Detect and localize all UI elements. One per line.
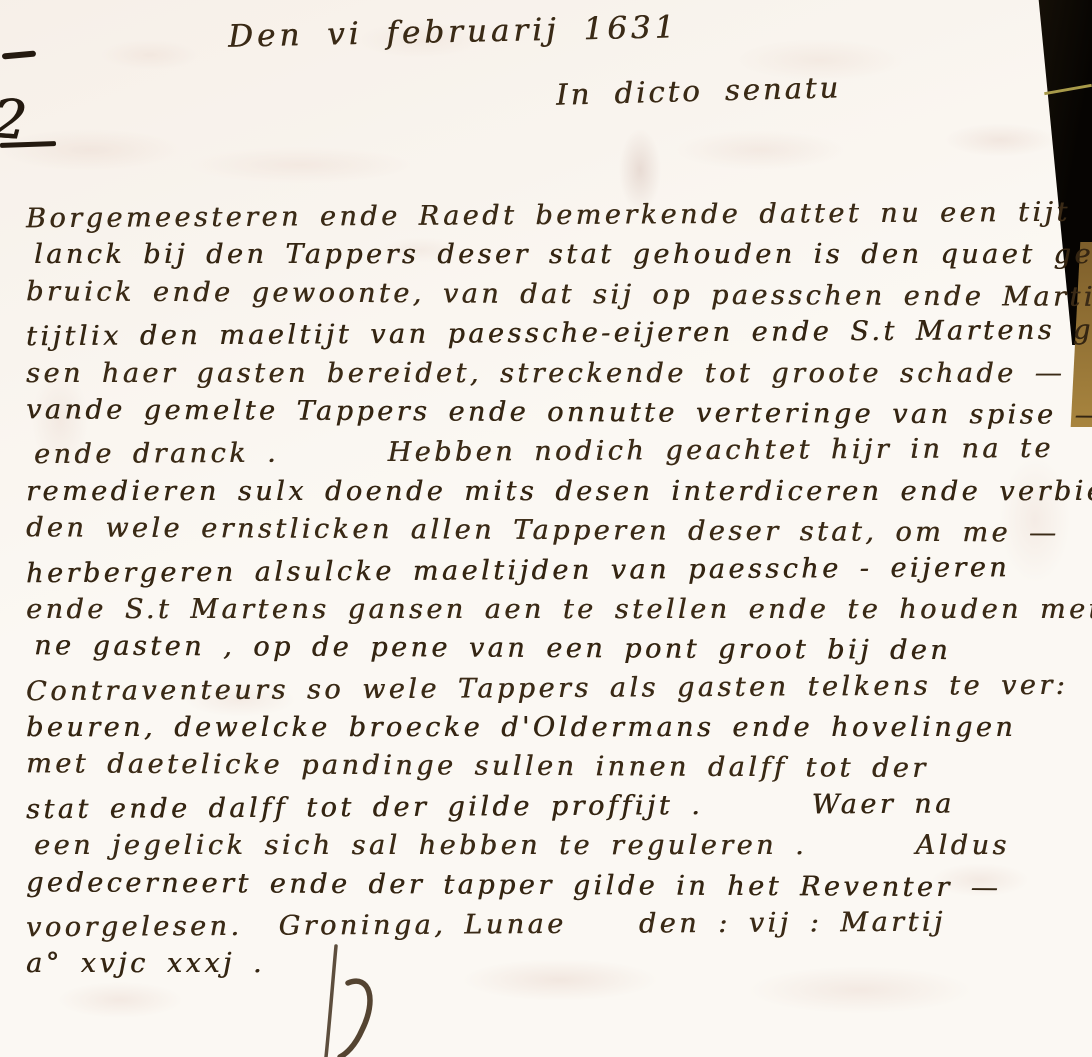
manuscript-text-line: met daetelicke pandinge sullen innen dal… — [26, 745, 1074, 790]
date-line: Den vi februarij 1631 — [228, 9, 679, 54]
session-line: In dicto senatu — [556, 70, 842, 111]
margin-dash-mark — [2, 51, 36, 60]
manuscript-text-line: tijtlix den maeltijt van paessche-eijere… — [26, 311, 1074, 357]
manuscript-text-line: stat ende dalff tot der gilde proffijt .… — [26, 784, 1074, 830]
manuscript-text-line: een jegelick sich sal hebben te regulere… — [26, 826, 1074, 865]
manuscript-text-line: Borgemeesteren ende Raedt bemerkende dat… — [26, 193, 1074, 239]
manuscript-text-line: den wele ernstlicken allen Tapperen dese… — [26, 508, 1074, 553]
manuscript-text-line: beuren, dewelcke broecke d'Oldermans end… — [26, 708, 1074, 747]
manuscript-text-line: ende dranck . Hebben nodich geachtet hij… — [26, 429, 1074, 475]
manuscript-page: 2 Den vi februarij 1631 In dicto senatu … — [0, 0, 1092, 1057]
manuscript-body: Borgemeesteren ende Raedt bemerkende dat… — [26, 196, 1074, 984]
manuscript-text-line: ende S.t Martens gansen aen te stellen e… — [26, 590, 1074, 629]
manuscript-text-line: Contraventeurs so wele Tappers als gaste… — [26, 665, 1074, 711]
manuscript-text-line: gedecerneert ende der tapper gilde in he… — [26, 863, 1074, 908]
pen-flourish — [278, 938, 398, 1057]
manuscript-text-line: lanck bij den Tappers deser stat gehoude… — [26, 235, 1074, 274]
manuscript-text-line: sen haer gasten bereidet, streckende tot… — [26, 354, 1074, 393]
manuscript-text-line: vande gemelte Tappers ende onnutte verte… — [26, 390, 1074, 435]
manuscript-text-line: bruick ende gewoonte, van dat sij op pae… — [26, 272, 1074, 317]
manuscript-text-line: remedieren sulx doende mits desen interd… — [26, 472, 1074, 511]
manuscript-text-line: herbergeren alsulcke maeltijden van paes… — [26, 547, 1074, 593]
manuscript-text-line: ne gasten , op de pene van een pont groo… — [26, 627, 1074, 672]
folio-numeral-underline — [0, 141, 56, 148]
manuscript-text-line: a° xvjc xxxj . — [26, 944, 1074, 983]
manuscript-text-line: voorgelesen. Groninga, Lunae den : vij :… — [26, 902, 1074, 948]
